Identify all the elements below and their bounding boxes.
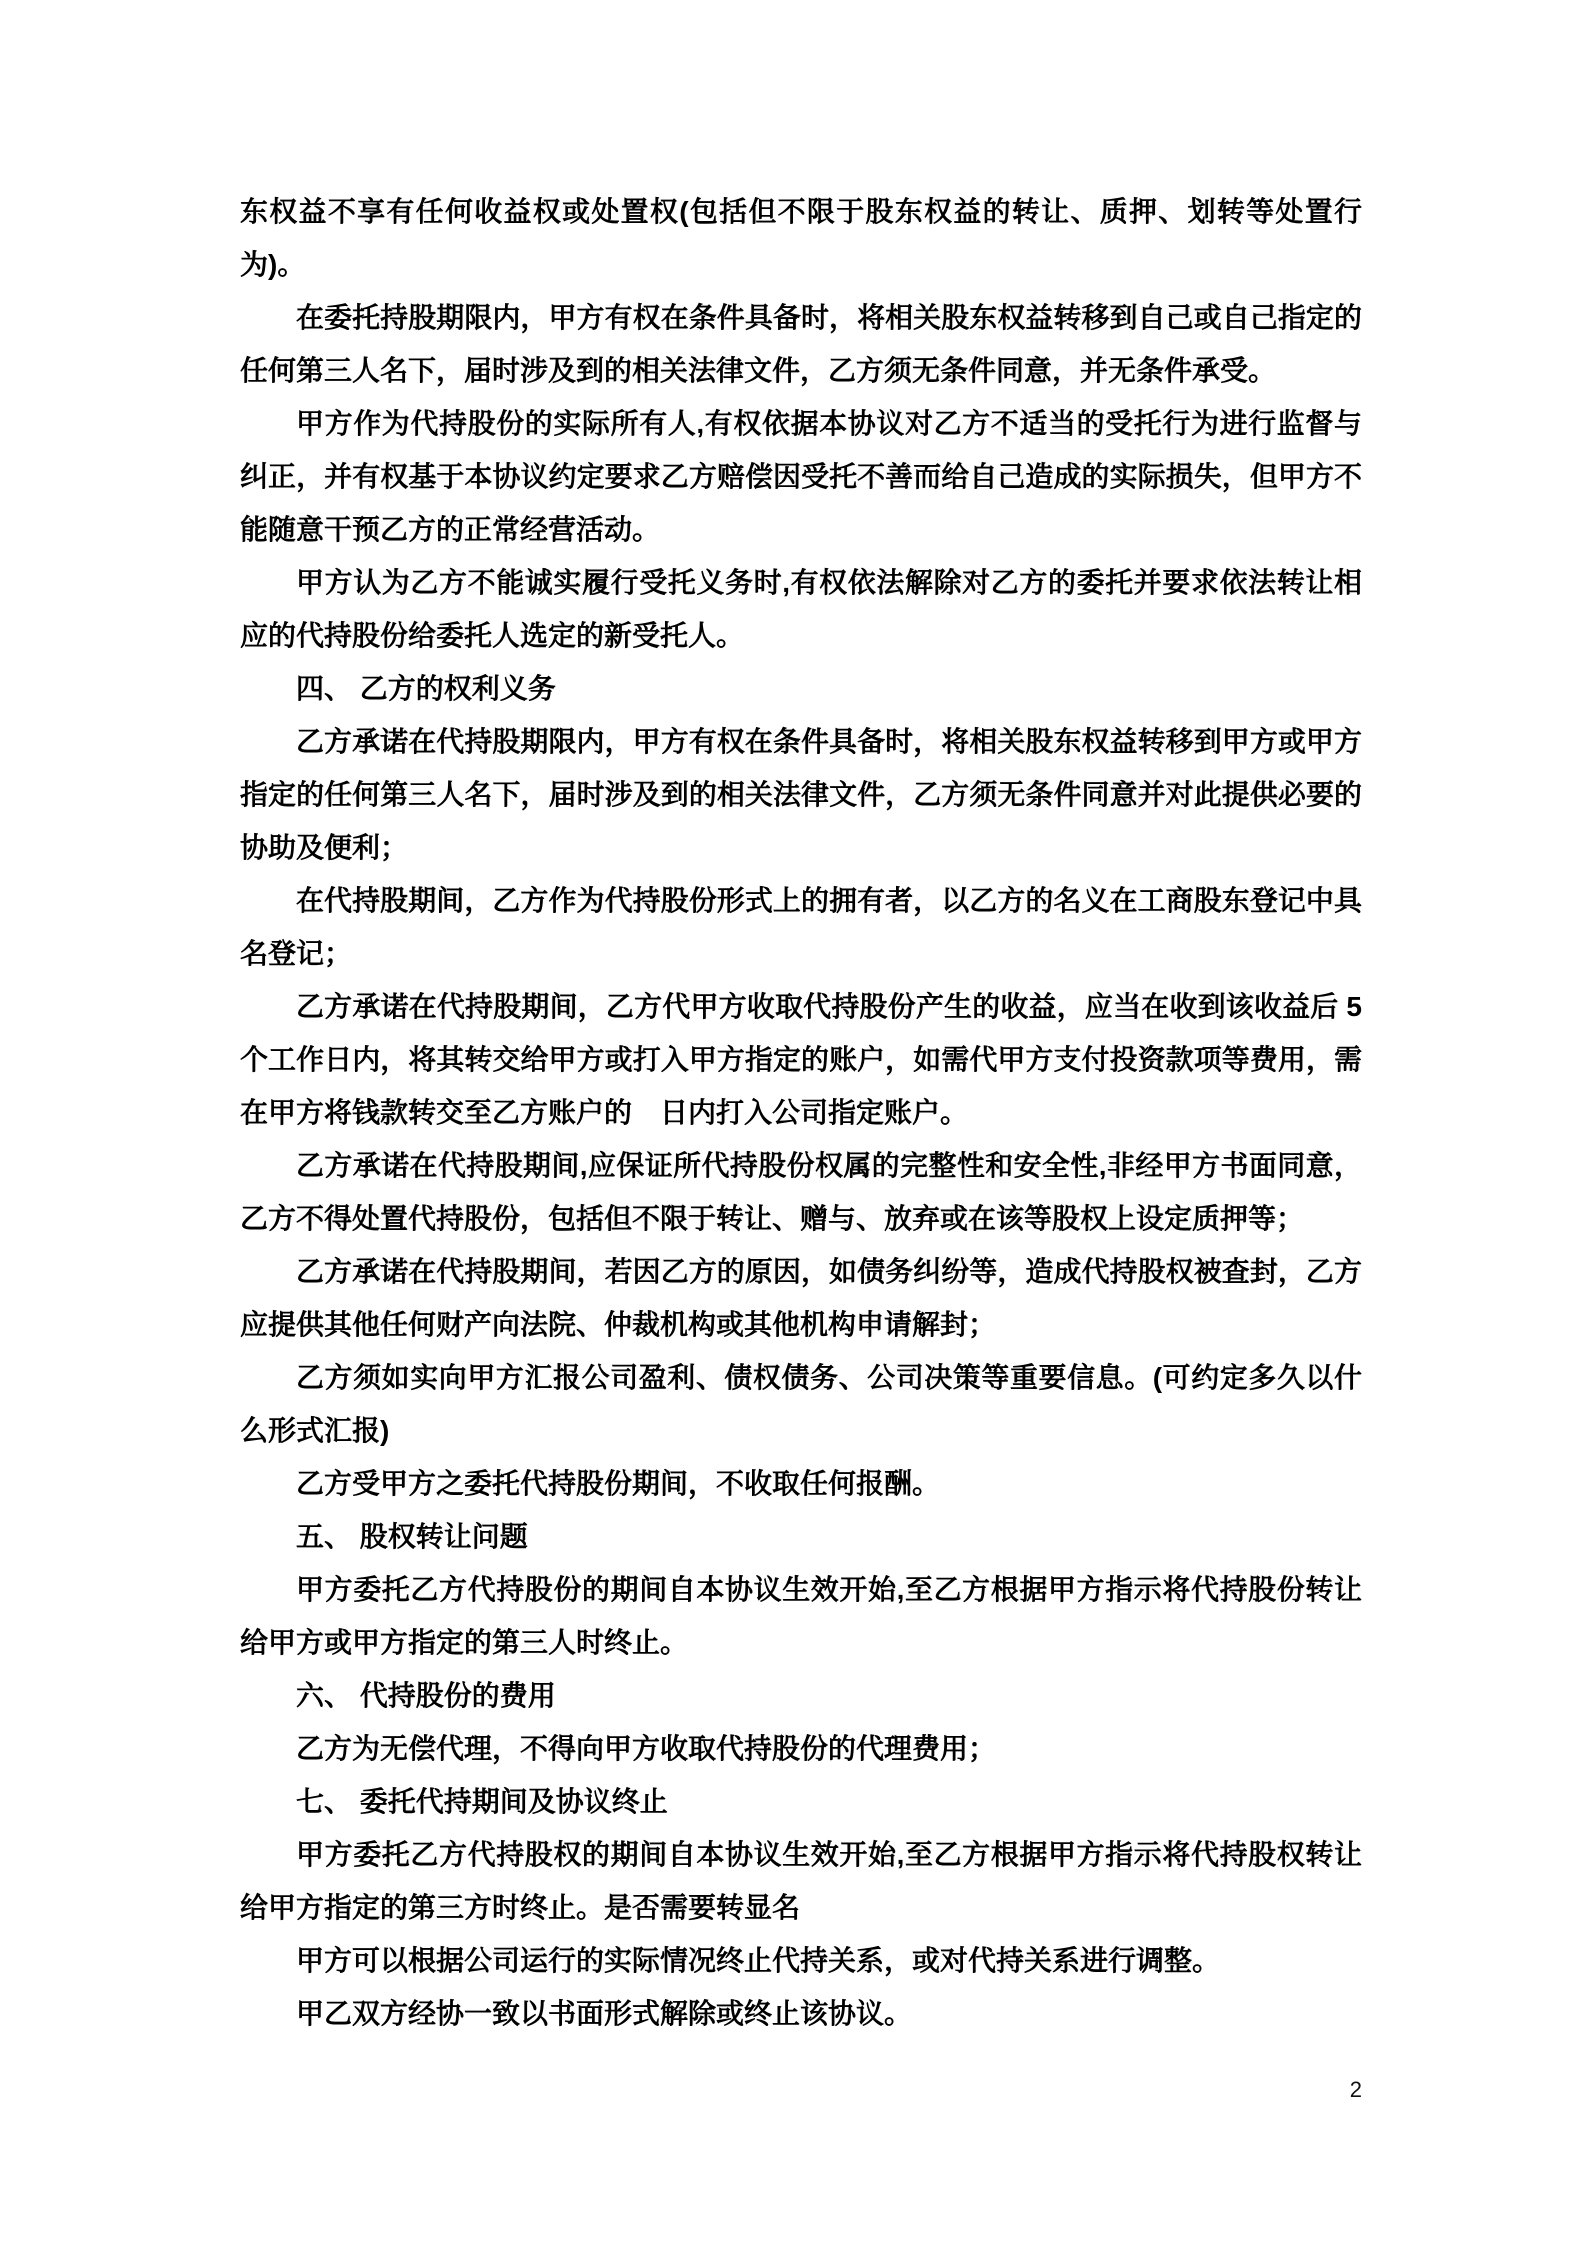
paragraph: 甲乙双方经协一致以书面形式解除或终止该协议。 — [240, 1987, 1362, 2040]
section-heading: 六、 代持股份的费用 — [240, 1669, 1362, 1722]
paragraph: 甲方委托乙方代持股权的期间自本协议生效开始,至乙方根据甲方指示将代持股权转让给甲… — [240, 1828, 1362, 1934]
paragraph: 乙方为无偿代理，不得向甲方收取代持股份的代理费用； — [240, 1722, 1362, 1775]
paragraph: 乙方须如实向甲方汇报公司盈利、债权债务、公司决策等重要信息。(可约定多久以什么形… — [240, 1351, 1362, 1457]
paragraph: 乙方受甲方之委托代持股份期间，不收取任何报酬。 — [240, 1457, 1362, 1510]
section-heading: 五、 股权转让问题 — [240, 1510, 1362, 1563]
section-heading: 七、 委托代持期间及协议终止 — [240, 1775, 1362, 1828]
page-footer: 2 — [240, 2076, 1362, 2104]
document-page: 东权益不享有任何收益权或处置权(包括但不限于股东权益的转让、质押、划转等处置行为… — [0, 0, 1586, 2244]
page-number: 2 — [1350, 2077, 1362, 2102]
document-body: 东权益不享有任何收益权或处置权(包括但不限于股东权益的转让、质押、划转等处置行为… — [240, 185, 1362, 2040]
paragraph: 东权益不享有任何收益权或处置权(包括但不限于股东权益的转让、质押、划转等处置行为… — [240, 185, 1362, 291]
paragraph: 在委托持股期限内，甲方有权在条件具备时，将相关股东权益转移到自己或自己指定的任何… — [240, 291, 1362, 397]
paragraph: 甲方可以根据公司运行的实际情况终止代持关系，或对代持关系进行调整。 — [240, 1934, 1362, 1987]
paragraph: 乙方承诺在代持股期间，乙方代甲方收取代持股份产生的收益，应当在收到该收益后 5 … — [240, 980, 1362, 1139]
paragraph: 甲方作为代持股份的实际所有人,有权依据本协议对乙方不适当的受托行为进行监督与纠正… — [240, 397, 1362, 556]
paragraph: 甲方认为乙方不能诚实履行受托义务时,有权依法解除对乙方的委托并要求依法转让相应的… — [240, 556, 1362, 662]
paragraph: 乙方承诺在代持股期间，若因乙方的原因，如债务纠纷等，造成代持股权被查封，乙方应提… — [240, 1245, 1362, 1351]
paragraph: 在代持股期间，乙方作为代持股份形式上的拥有者，以乙方的名义在工商股东登记中具名登… — [240, 874, 1362, 980]
section-heading: 四、 乙方的权利义务 — [240, 662, 1362, 715]
paragraph: 乙方承诺在代持股期间,应保证所代持股份权属的完整性和安全性,非经甲方书面同意，乙… — [240, 1139, 1362, 1245]
paragraph: 甲方委托乙方代持股份的期间自本协议生效开始,至乙方根据甲方指示将代持股份转让给甲… — [240, 1563, 1362, 1669]
paragraph: 乙方承诺在代持股期限内，甲方有权在条件具备时，将相关股东权益转移到甲方或甲方指定… — [240, 715, 1362, 874]
